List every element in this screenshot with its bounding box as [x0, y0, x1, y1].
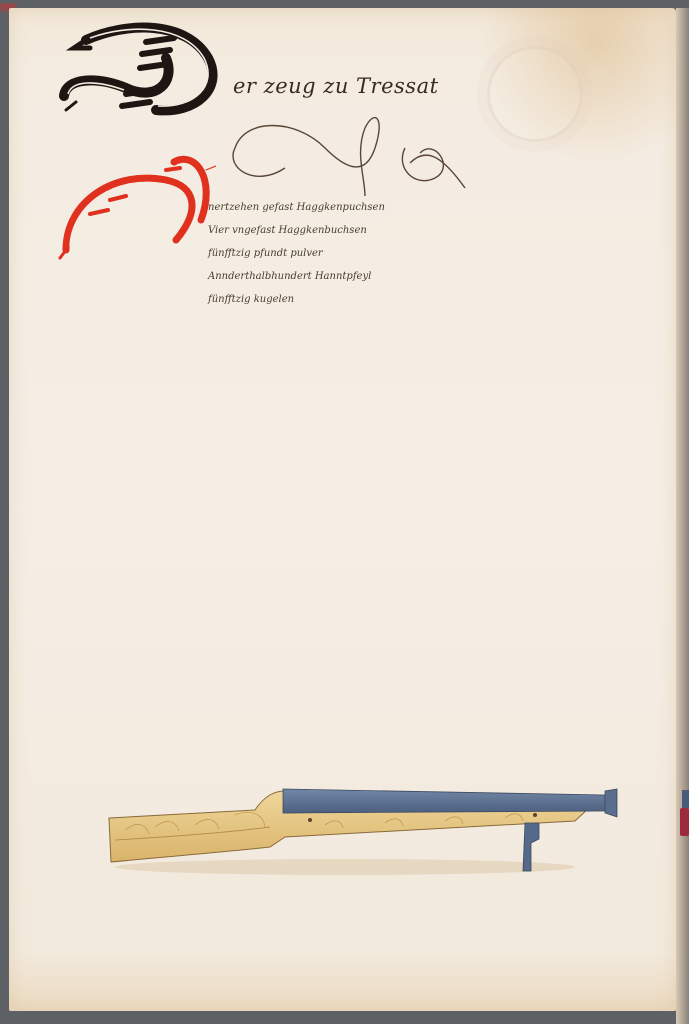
text-line: fünfftzig kugelen — [208, 288, 468, 311]
next-page-edge-red — [680, 808, 689, 836]
text-line: nertzehen gefast Haggkenpuchsen — [208, 196, 468, 219]
inventory-text: nertzehen gefast Haggkenpuchsen Vier vng… — [208, 196, 468, 311]
calligraphic-flourish-icon — [225, 108, 475, 198]
hook-gun-illustration-icon — [105, 785, 625, 880]
page-gutter — [676, 8, 689, 1024]
text-line: fünfftzig pfundt pulver — [208, 242, 468, 265]
text-line: Annderthalbhundert Hanntpfeyl — [208, 265, 468, 288]
next-page-edge-blue — [682, 790, 689, 808]
red-initial-v-icon — [56, 140, 216, 260]
page-heading: er zeug zu Tressat — [56, 18, 476, 118]
heading-text: er zeug zu Tressat — [233, 74, 439, 98]
decorated-initial-d-icon — [56, 18, 226, 118]
bleed-through-stain — [487, 46, 583, 142]
text-line: Vier vngefast Haggkenbuchsen — [208, 219, 468, 242]
